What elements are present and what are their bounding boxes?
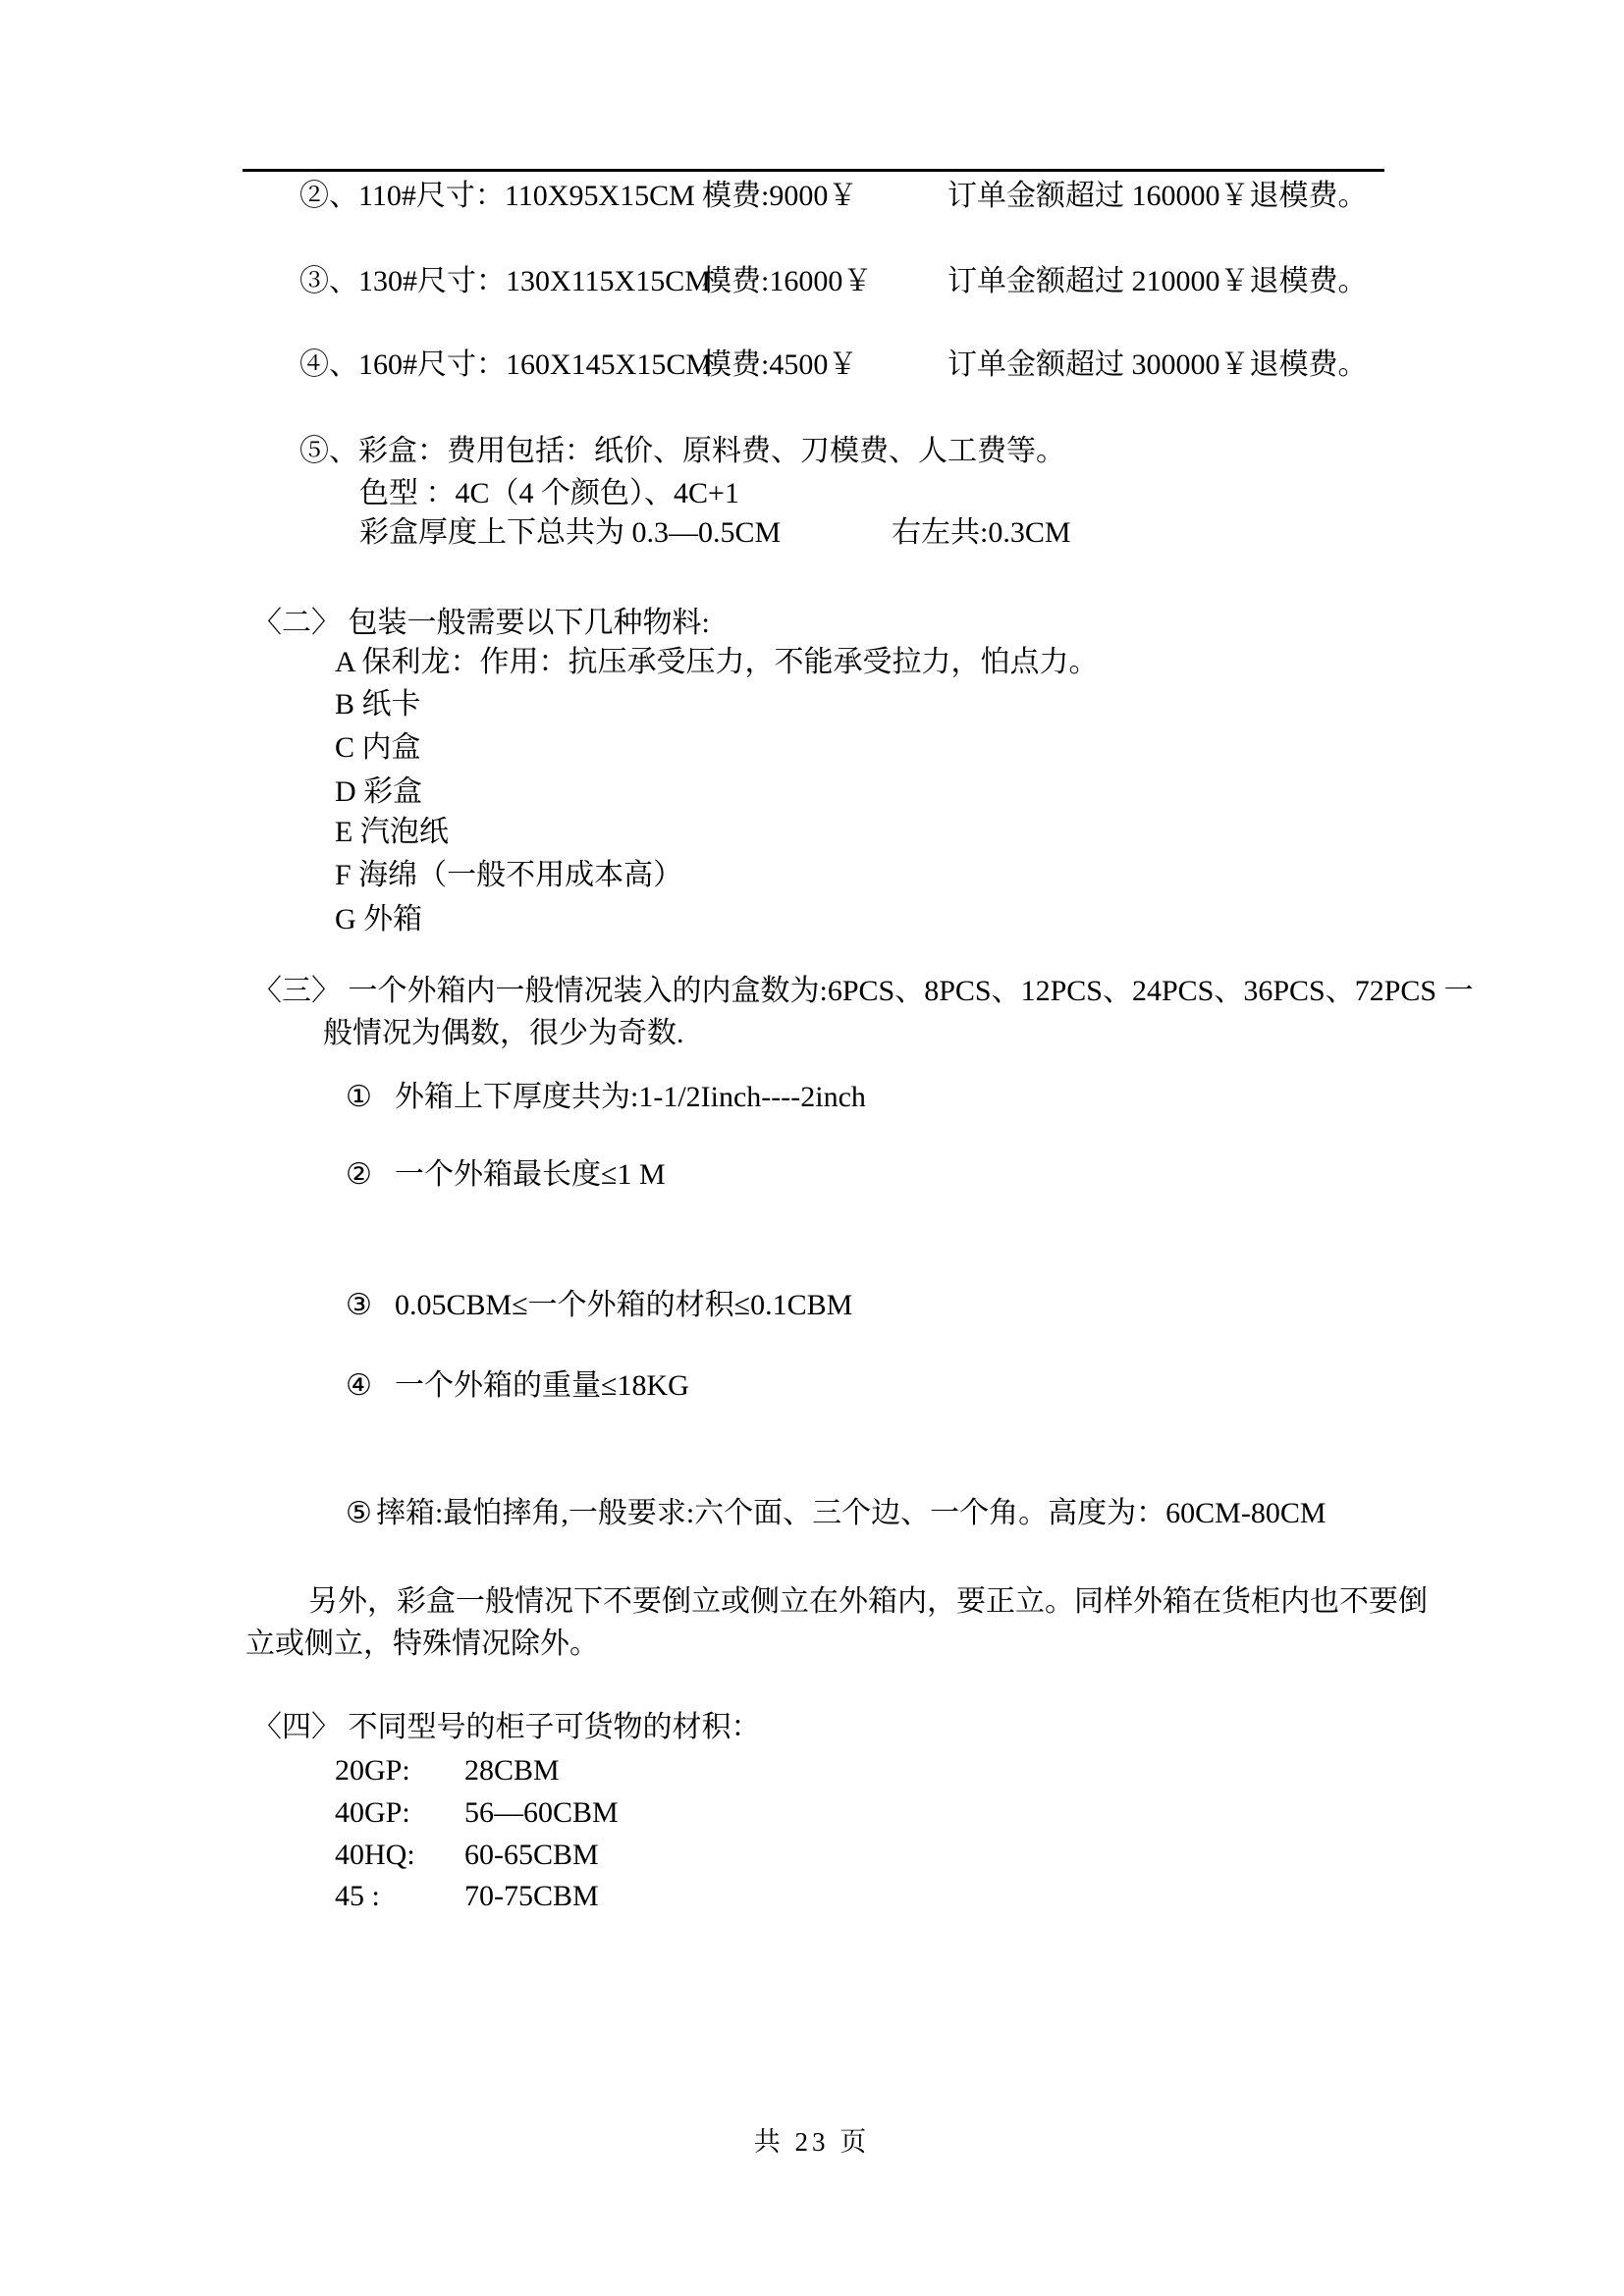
container-type: 40HQ: — [335, 1835, 415, 1876]
mold-fee: 模费:16000￥ — [702, 261, 872, 302]
container-capacity: 56—60CBM — [464, 1792, 619, 1834]
refund-note: 订单金额超过 160000￥退模费。 — [947, 176, 1368, 217]
item-number: ③ — [299, 265, 329, 297]
carton-rule-text: 一个外箱的重量≤18KG — [395, 1365, 689, 1407]
material-item: C 内盒 — [335, 727, 421, 769]
section-two-heading: 〈二〉 包装一般需要以下几种物料: — [252, 603, 710, 644]
item-number: ② — [346, 1154, 372, 1196]
page-footer: 共 23 页 — [0, 2121, 1624, 2163]
item-number: ① — [346, 1077, 372, 1118]
container-capacity: 60-65CBM — [464, 1835, 599, 1876]
container-type: 20GP: — [335, 1750, 410, 1791]
mold-size: 、130#尺寸：130X115X15CM — [329, 265, 711, 297]
mold-fee-line-130: ③、130#尺寸：130X115X15CM — [299, 261, 711, 302]
carton-rule-text: 一个外箱最长度≤1 M — [395, 1154, 666, 1196]
note-line-1: 另外，彩盒一般情况下不要倒立或侧立在外箱内，要正立。同样外箱在货柜内也不要倒 — [308, 1581, 1428, 1623]
header-rule — [243, 169, 1384, 172]
refund-note: 订单金额超过 300000￥退模费。 — [947, 345, 1368, 386]
document-page: ②、110#尺寸：110X95X15CM 模费:9000￥ 订单金额超过 160… — [0, 0, 1624, 2296]
thickness-side: 右左共:0.3CM — [892, 512, 1071, 554]
material-item: A 保利龙：作用：抗压承受压力，不能承受拉力，怕点力。 — [335, 642, 1099, 683]
note-line-2: 立或侧立，特殊情况除外。 — [245, 1624, 599, 1665]
container-type: 40GP: — [335, 1792, 410, 1834]
material-item: D 彩盒 — [335, 772, 422, 813]
color-type-line: 色型 ：4C（4 个颜色）、4C+1 — [359, 473, 739, 514]
item-number: ⑤ — [346, 1493, 372, 1534]
item-number: ③ — [346, 1285, 372, 1326]
item-number: ⑤ — [299, 435, 329, 467]
material-item: G 外箱 — [335, 899, 422, 940]
mold-fee: 模费:4500￥ — [702, 345, 857, 386]
item-number: ④ — [299, 348, 329, 381]
colorbox-line: ⑤、彩盒：费用包括：纸价、原料费、刀模费、人工费等。 — [299, 431, 1065, 472]
colorbox-intro: 、彩盒：费用包括：纸价、原料费、刀模费、人工费等。 — [329, 435, 1065, 467]
refund-note: 订单金额超过 210000￥退模费。 — [947, 261, 1368, 302]
item-number: ② — [299, 180, 329, 212]
section-four-heading: 〈四〉 不同型号的柜子可货物的材积： — [252, 1707, 761, 1748]
thickness-line: 彩盒厚度上下总共为 0.3—0.5CM — [359, 512, 781, 554]
material-item: E 汽泡纸 — [335, 812, 449, 853]
item-number: ④ — [346, 1365, 372, 1407]
container-capacity: 28CBM — [464, 1750, 560, 1791]
carton-rule-text: 摔箱:最怕摔角,一般要求:六个面、三个边、一个角。高度为：60CM-80CM — [376, 1493, 1326, 1534]
mold-fee: 模费:9000￥ — [702, 176, 857, 217]
mold-size: 、110#尺寸：110X95X15CM — [329, 180, 695, 212]
container-capacity: 70-75CBM — [464, 1876, 599, 1917]
material-item: B 纸卡 — [335, 684, 421, 725]
mold-size: 、160#尺寸：160X145X15CM — [329, 348, 712, 381]
carton-rule-text: 0.05CBM≤一个外箱的材积≤0.1CBM — [395, 1285, 852, 1326]
section-three-heading-line1: 〈三〉 一个外箱内一般情况装入的内盒数为:6PCS、8PCS、12PCS、24P… — [252, 971, 1474, 1012]
material-item: F 海绵（一般不用成本高） — [335, 855, 682, 896]
mold-fee-line-110: ②、110#尺寸：110X95X15CM — [299, 176, 695, 217]
carton-rule-text: 外箱上下厚度共为:1-1/2Iinch----2inch — [395, 1077, 866, 1118]
container-type: 45 : — [335, 1876, 380, 1917]
mold-fee-line-160: ④、160#尺寸：160X145X15CM — [299, 345, 712, 386]
section-three-heading-line2: 般情况为偶数，很少为奇数. — [323, 1013, 684, 1054]
